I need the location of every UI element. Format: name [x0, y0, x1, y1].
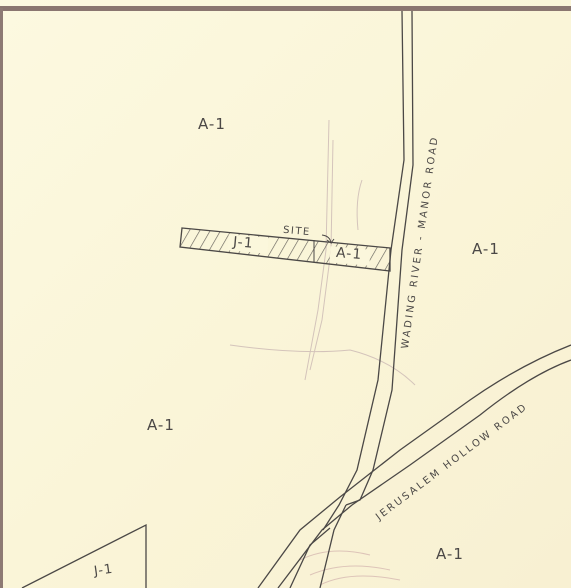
zone-label-a1-east: A-1	[472, 240, 500, 258]
zoning-map: A-1 A-1 A-1 A-1 J-1 SITE J-1 A-1 WADING …	[0, 0, 571, 588]
zone-label-a1-southwest: A-1	[147, 416, 175, 434]
site-zone-label-a1: A-1	[335, 245, 363, 263]
zone-label-j1-bottom-left: J-1	[93, 562, 114, 580]
site-zone-label-j1: J-1	[232, 234, 254, 252]
bottom-left-parcel	[22, 525, 146, 588]
map-drawing	[0, 0, 571, 588]
zone-label-a1-southeast: A-1	[436, 545, 464, 563]
wading-river-manor-road-lines	[323, 11, 413, 530]
jerusalem-hollow-road-lines	[258, 345, 571, 588]
zone-label-a1-northwest: A-1	[198, 115, 226, 133]
site-label: SITE	[283, 225, 312, 238]
